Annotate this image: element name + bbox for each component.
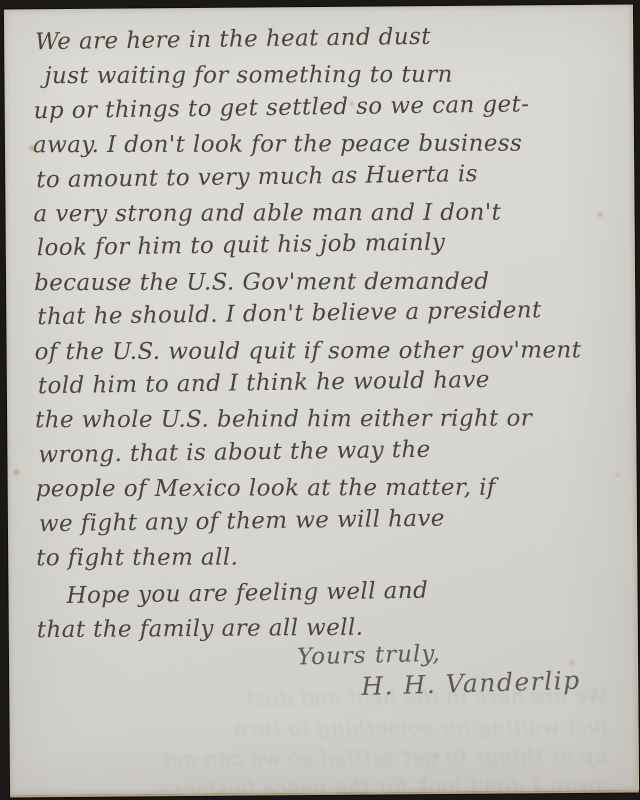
letter-line: We are here in the heat and dust <box>35 17 620 60</box>
letter-line: up or things to get settled so we can ge… <box>40 741 608 775</box>
letter-closing: Yours truly, <box>297 641 441 671</box>
letter-line: look for him to quit his job mainly <box>37 224 622 267</box>
letter-line: wrong. that is about the way the <box>38 430 623 473</box>
letter-body: We are here in the heat and dustjust wai… <box>32 21 624 576</box>
letter-line: to fight them all. <box>36 539 624 575</box>
letter-line: told him to and I think he would have <box>38 361 623 404</box>
foxing-spot <box>569 660 574 665</box>
letter-line: to amount to very much as Huerta is <box>36 155 621 198</box>
letter-line: that he should. I don't believe a presid… <box>37 292 622 335</box>
letter-page: We are here in the heat and dustjust wai… <box>4 5 639 798</box>
photo-background: We are here in the heat and dustjust wai… <box>0 0 640 800</box>
letter-line: we fight any of them we will have <box>39 499 624 542</box>
letter-line: that the family are all well. <box>37 609 625 648</box>
letter-line: up or things to get settled so we can ge… <box>33 86 620 129</box>
foxing-spot <box>14 469 20 475</box>
letter-line: just waiting for something to turn <box>39 711 607 745</box>
letter-signature: H. H. Vanderlip <box>361 666 581 701</box>
letter-line: Hope you are feeling well and <box>66 571 624 614</box>
letter-well-wishes: Hope you are feeling well andthat the fa… <box>36 575 625 648</box>
foxing-spot <box>435 754 439 758</box>
ink-bleedthrough: We are here in the heat and dustjust wai… <box>39 681 608 800</box>
letter-line: away. I don't look for the peace busines… <box>40 771 608 800</box>
